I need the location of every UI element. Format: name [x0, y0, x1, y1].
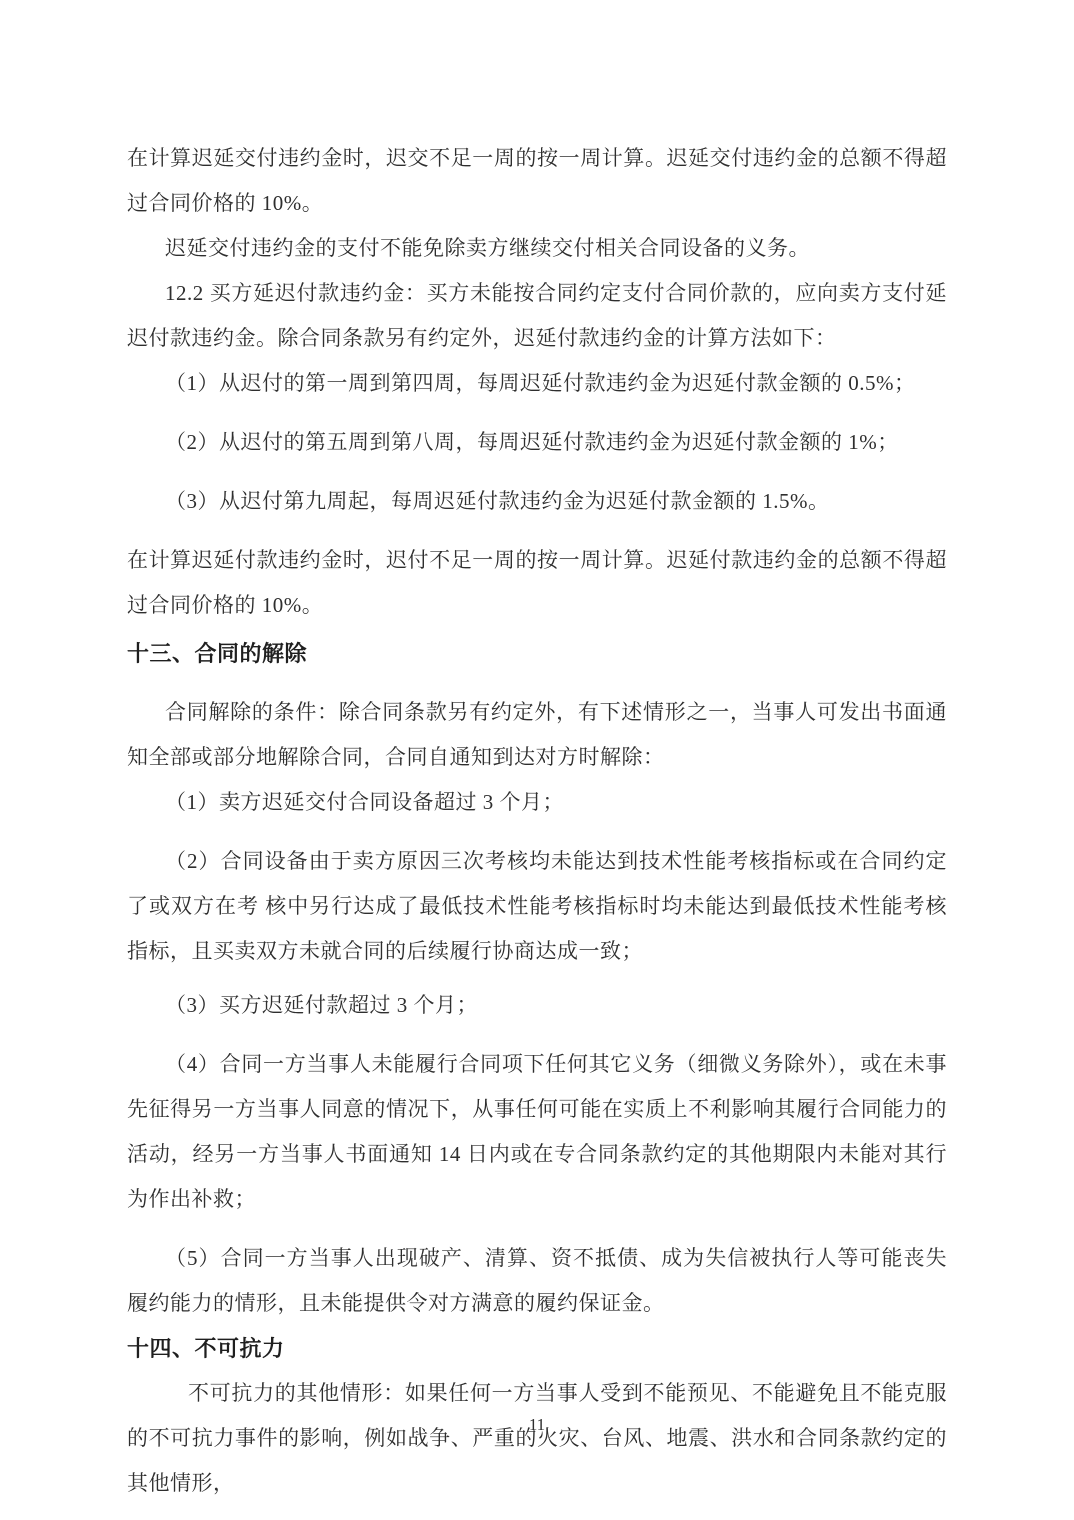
paragraph-late-payment-cap: 在计算迟延付款违约金时，迟付不足一周的按一周计算。迟延付款违约金的总额不得超过合…	[127, 538, 947, 628]
document-body: 在计算迟延交付违约金时，迟交不足一周的按一周计算。迟延交付违约金的总额不得超过合…	[127, 136, 947, 1506]
list-item-termination-2: （2）合同设备由于卖方原因三次考核均未能达到技术性能考核指标或在合同约定了或双方…	[127, 839, 947, 974]
paragraph-clause-12-2: 12.2 买方延迟付款违约金：买方未能按合同约定支付合同价款的，应向卖方支付延迟…	[127, 271, 947, 361]
list-item-termination-4: （4）合同一方当事人未能履行合同项下任何其它义务（细微义务除外），或在未事先征得…	[127, 1042, 947, 1222]
page-number: 11	[0, 1412, 1074, 1438]
list-item-termination-1: （1）卖方迟延交付合同设备超过 3 个月；	[127, 780, 947, 825]
paragraph-late-delivery-cap: 在计算迟延交付违约金时，迟交不足一周的按一周计算。迟延交付违约金的总额不得超过合…	[127, 136, 947, 226]
list-item-payment-week-5-8: （2）从迟付的第五周到第八周，每周迟延付款违约金为迟延付款金额的 1%；	[127, 420, 947, 465]
list-item-payment-week-1-4: （1）从迟付的第一周到第四周，每周迟延付款违约金为迟延付款金额的 0.5%；	[127, 361, 947, 406]
list-item-payment-week-9-plus: （3）从迟付第九周起，每周迟延付款违约金为迟延付款金额的 1.5%。	[127, 479, 947, 524]
section-heading-14: 十四、不可抗力	[127, 1326, 947, 1371]
paragraph-force-majeure: 不可抗力的其他情形：如果任何一方当事人受到不能预见、不能避免且不能克服的不可抗力…	[127, 1371, 947, 1506]
paragraph-delivery-penalty-obligation: 迟延交付违约金的支付不能免除卖方继续交付相关合同设备的义务。	[127, 226, 947, 271]
list-item-termination-5: （5）合同一方当事人出现破产、清算、资不抵债、成为失信被执行人等可能丧失履约能力…	[127, 1236, 947, 1326]
paragraph-termination-conditions: 合同解除的条件：除合同条款另有约定外，有下述情形之一，当事人可发出书面通知全部或…	[127, 690, 947, 780]
section-heading-13: 十三、合同的解除	[127, 631, 947, 676]
list-item-termination-3: （3）买方迟延付款超过 3 个月；	[127, 983, 947, 1028]
document-page: 在计算迟延交付违约金时，迟交不足一周的按一周计算。迟延交付违约金的总额不得超过合…	[0, 0, 1074, 1520]
